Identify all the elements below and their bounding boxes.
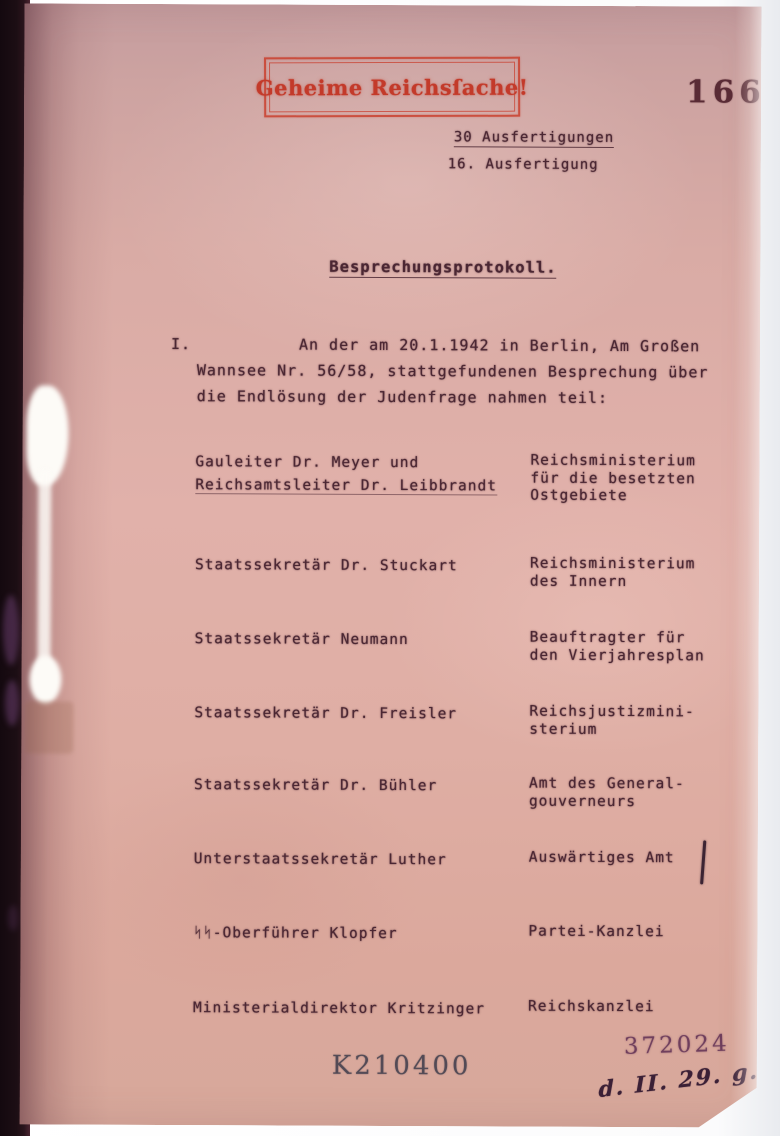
intro-line-3: die Endlösung der Judenfrage nahmen teil… xyxy=(197,388,608,407)
attendee-name: ᛋᛋ-Oberführer Klopfer xyxy=(193,922,397,946)
attendee-name: Ministerialdirektor Kritzinger xyxy=(193,997,485,1021)
attendee-org-line: Reichsministerium xyxy=(530,556,695,574)
document-title-text: Besprechungsprotokoll. xyxy=(329,258,556,279)
attendee-org-line: gouverneurs xyxy=(529,793,685,811)
attendee-organization: Reichsjustizmini- sterium xyxy=(529,704,695,740)
attendee-org-line: Auswärtiges Amt xyxy=(529,850,675,868)
attendee-org-line: sterium xyxy=(529,721,694,739)
attendee-org-line: Amt des General- xyxy=(529,776,685,794)
attendee-organization: Partei-Kanzlei xyxy=(528,924,664,942)
attendee-organization: Beauftragter für den Vierjahresplan xyxy=(530,630,705,666)
classification-stamp-text: Geheime Reichsſache! xyxy=(256,74,529,100)
attendee-org-line: Reichskanzlei xyxy=(528,999,655,1017)
attendee-row: Staatssekretär Neumann Beauftragter für … xyxy=(22,627,759,630)
attendee-organization: Auswärtiges Amt xyxy=(529,850,675,868)
attendee-name-line: Staatssekretär Dr. Freisler xyxy=(194,702,457,726)
attendee-org-line: des Innern xyxy=(530,573,695,591)
attendee-row: Staatssekretär Dr. Stuckart Reichsminist… xyxy=(22,553,759,556)
pen-mark xyxy=(700,840,706,884)
attendee-name: Staatssekretär Neumann xyxy=(195,628,409,652)
attendee-name-line: Gauleiter Dr. Meyer und xyxy=(195,451,497,475)
attendee-name-line: Reichsamtsleiter Dr. Leibbrandt xyxy=(195,474,497,498)
attendee-org-line: Ostgebiete xyxy=(530,488,695,506)
attendee-org-line: den Vierjahresplan xyxy=(530,647,705,665)
attendee-name: Staatssekretär Dr. Stuckart xyxy=(195,554,458,578)
attendee-row: ᛋᛋ-Oberführer Klopfer Partei-Kanzlei xyxy=(20,921,757,924)
film-smudge xyxy=(5,680,19,726)
attendee-name: Gauleiter Dr. Meyer und Reichsamtsleiter… xyxy=(195,451,497,498)
tape-remnant xyxy=(25,701,73,753)
attendee-org-line: Beauftragter für xyxy=(530,630,705,648)
page-number: 166 xyxy=(686,74,766,110)
attendee-org-line: Reichsministerium xyxy=(530,453,695,471)
document-scan: Geheime Reichsſache! 166 30 Ausfertigung… xyxy=(0,0,780,1136)
document-page: Geheime Reichsſache! 166 30 Ausfertigung… xyxy=(20,3,762,1127)
copies-count-line: 30 Ausfertigungen xyxy=(454,129,614,147)
attendee-name-line: Staatssekretär Neumann xyxy=(195,628,409,652)
classification-stamp-box: Geheime Reichsſache! xyxy=(264,57,520,118)
attendee-org-line: Partei-Kanzlei xyxy=(528,924,664,942)
archive-code-stamp: K210400 xyxy=(332,1051,472,1082)
attendee-organization: Reichsministerium für die besetzten Ostg… xyxy=(530,453,696,506)
attendee-name: Staatssekretär Dr. Freisler xyxy=(194,702,457,726)
section-numeral: I. xyxy=(171,336,191,353)
attendee-org-line: für die besetzten xyxy=(530,470,695,488)
attendee-organization: Reichskanzlei xyxy=(528,999,655,1017)
attendee-name-line: ᛋᛋ-Oberführer Klopfer xyxy=(193,922,397,946)
intro-line-2: Wannsee Nr. 56/58, stattgefundenen Bespr… xyxy=(197,362,709,381)
film-smudge xyxy=(8,905,18,931)
attendee-name: Staatssekretär Dr. Bühler xyxy=(194,774,437,798)
attendee-name-line: Staatssekretär Dr. Stuckart xyxy=(195,554,458,578)
document-title: Besprechungsprotokoll. xyxy=(329,259,556,277)
attendee-row: Ministerialdirektor Kritzinger Reichskan… xyxy=(20,996,757,999)
copy-number-line: 16. Ausfertigung xyxy=(448,156,599,174)
classification-stamp-inner-border: Geheime Reichsſache! xyxy=(269,62,515,113)
attendee-name-line: Unterstaatssekretär Luther xyxy=(194,848,447,872)
paper-damage-blotch xyxy=(29,655,61,703)
attendee-row: Staatssekretär Dr. Bühler Amt des Genera… xyxy=(21,773,758,776)
attendee-organization: Amt des General- gouverneurs xyxy=(529,776,685,812)
attendee-org-line: Reichsjustizmini- xyxy=(529,704,694,722)
copies-count-text: 30 Ausfertigungen xyxy=(454,129,614,148)
attendee-row: Unterstaatssekretär Luther Auswärtiges A… xyxy=(21,847,758,850)
attendee-name: Unterstaatssekretär Luther xyxy=(194,848,447,872)
film-smudge xyxy=(3,595,19,665)
attendee-organization: Reichsministerium des Innern xyxy=(530,556,696,592)
attendee-name-line: Ministerialdirektor Kritzinger xyxy=(193,997,485,1021)
attendee-name-line: Staatssekretär Dr. Bühler xyxy=(194,774,437,798)
archive-number-stamp: 372024 xyxy=(624,1031,731,1060)
attendee-row: Gauleiter Dr. Meyer und Reichsamtsleiter… xyxy=(22,450,759,453)
intro-line-1: An der am 20.1.1942 in Berlin, Am Großen xyxy=(299,337,700,356)
attendee-row: Staatssekretär Dr. Freisler Reichsjustiz… xyxy=(21,701,758,704)
